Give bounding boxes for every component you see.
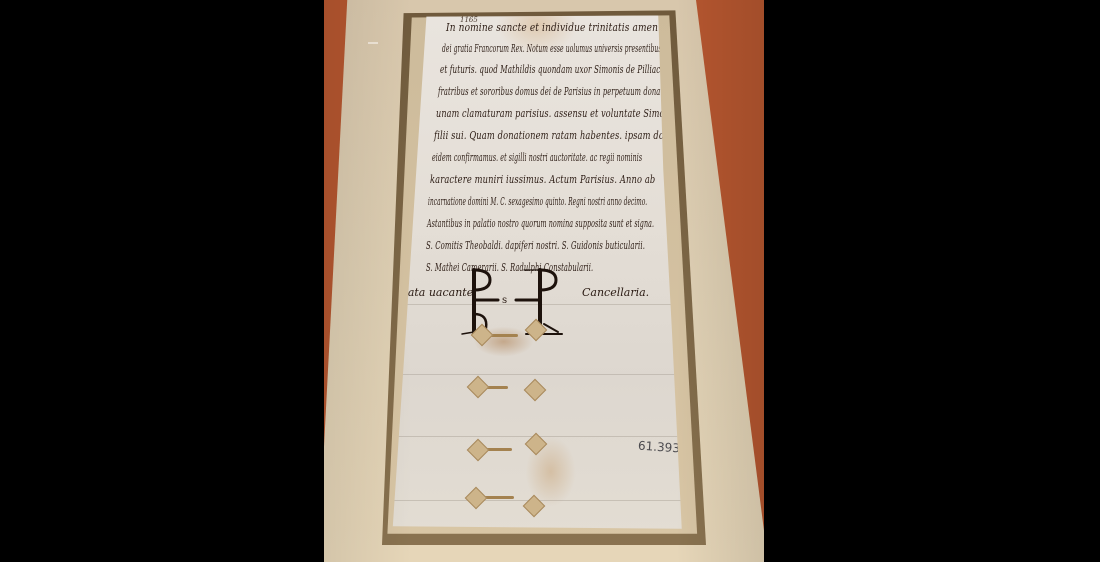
datum-right: Cancellaria. [582, 286, 649, 299]
charter-line: eidem confirmamus. et sigilli nostri auc… [432, 150, 642, 164]
charter-line: karactere muniri iussimus. Actum Parisiu… [430, 172, 655, 186]
charter-photograph: 1165 In nomine sancte et individue trini… [324, 0, 764, 562]
mat-nick [368, 42, 378, 44]
seal-slot [524, 379, 547, 402]
shelfmark-number: 61.393 [638, 439, 681, 456]
charter-line: unam clamaturam parisius. assensu et vol… [436, 106, 677, 120]
charter-line: incarnatione domini M. C. sexagesimo qui… [428, 194, 647, 208]
seal-slot [467, 376, 490, 399]
charter-line: fratribus et sororibus domus dei de Pari… [438, 84, 669, 98]
seal-slot [465, 487, 488, 510]
monogram-center-letter: s [502, 295, 507, 306]
seal-slot [525, 433, 548, 456]
charter-line: et futuris. quod Mathildis quondam uxor … [440, 62, 665, 76]
charter-line: Astantibus in palatio nostro quorum nomi… [427, 216, 654, 230]
seal-slot [523, 495, 546, 518]
charter-line: filii sui. Quam donationem ratam habente… [434, 128, 680, 142]
charter-line: dei gratia Francorum Rex. Notum esse uol… [442, 41, 685, 55]
charter-line: S. Comitis Theobaldi. dapiferi nostri. S… [426, 238, 645, 252]
seal-slot [467, 439, 490, 462]
